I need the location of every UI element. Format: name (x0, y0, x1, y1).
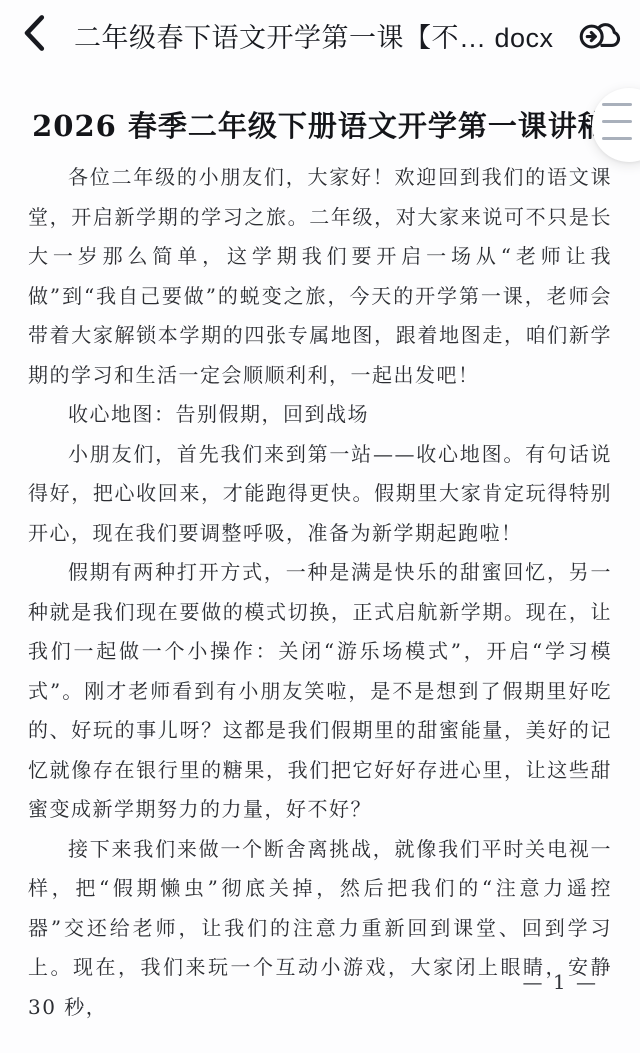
hamburger-menu-icon (602, 120, 632, 123)
cloud-share-button[interactable] (568, 11, 624, 59)
paragraph: 接下来我们来做一个断舍离挑战，就像我们平时关电视一样，把“假期懒虫”彻底关掉，然… (28, 830, 612, 1028)
paragraph: 假期有两种打开方式，一种是满是快乐的甜蜜回忆，另一种就是我们现在要做的模式切换，… (28, 553, 612, 830)
file-name-label: 二年级春下语文开学第一课【不… docx (74, 16, 568, 55)
hamburger-menu-icon (602, 137, 632, 140)
app-bar: 二年级春下语文开学第一课【不… docx (0, 0, 640, 70)
back-button[interactable] (20, 13, 60, 57)
document-scroll-area[interactable]: 2026 春季二年级下册语文开学第一课讲稿 各位二年级的小朋友们，大家好！欢迎回… (0, 104, 640, 1027)
page-number: — 1 — (523, 970, 598, 994)
document-title: 2026 春季二年级下册语文开学第一课讲稿 (28, 104, 612, 145)
section-heading: 收心地图：告别假期，回到战场 (28, 395, 612, 435)
cloud-share-icon (576, 14, 624, 57)
paragraph: 各位二年级的小朋友们，大家好！欢迎回到我们的语文课堂，开启新学期的学习之旅。二年… (28, 158, 612, 395)
chevron-left-icon (20, 14, 48, 57)
paragraph: 小朋友们，首先我们来到第一站——收心地图。有句话说得好，把心收回来，才能跑得更快… (28, 435, 612, 554)
hamburger-menu-icon (602, 103, 632, 106)
